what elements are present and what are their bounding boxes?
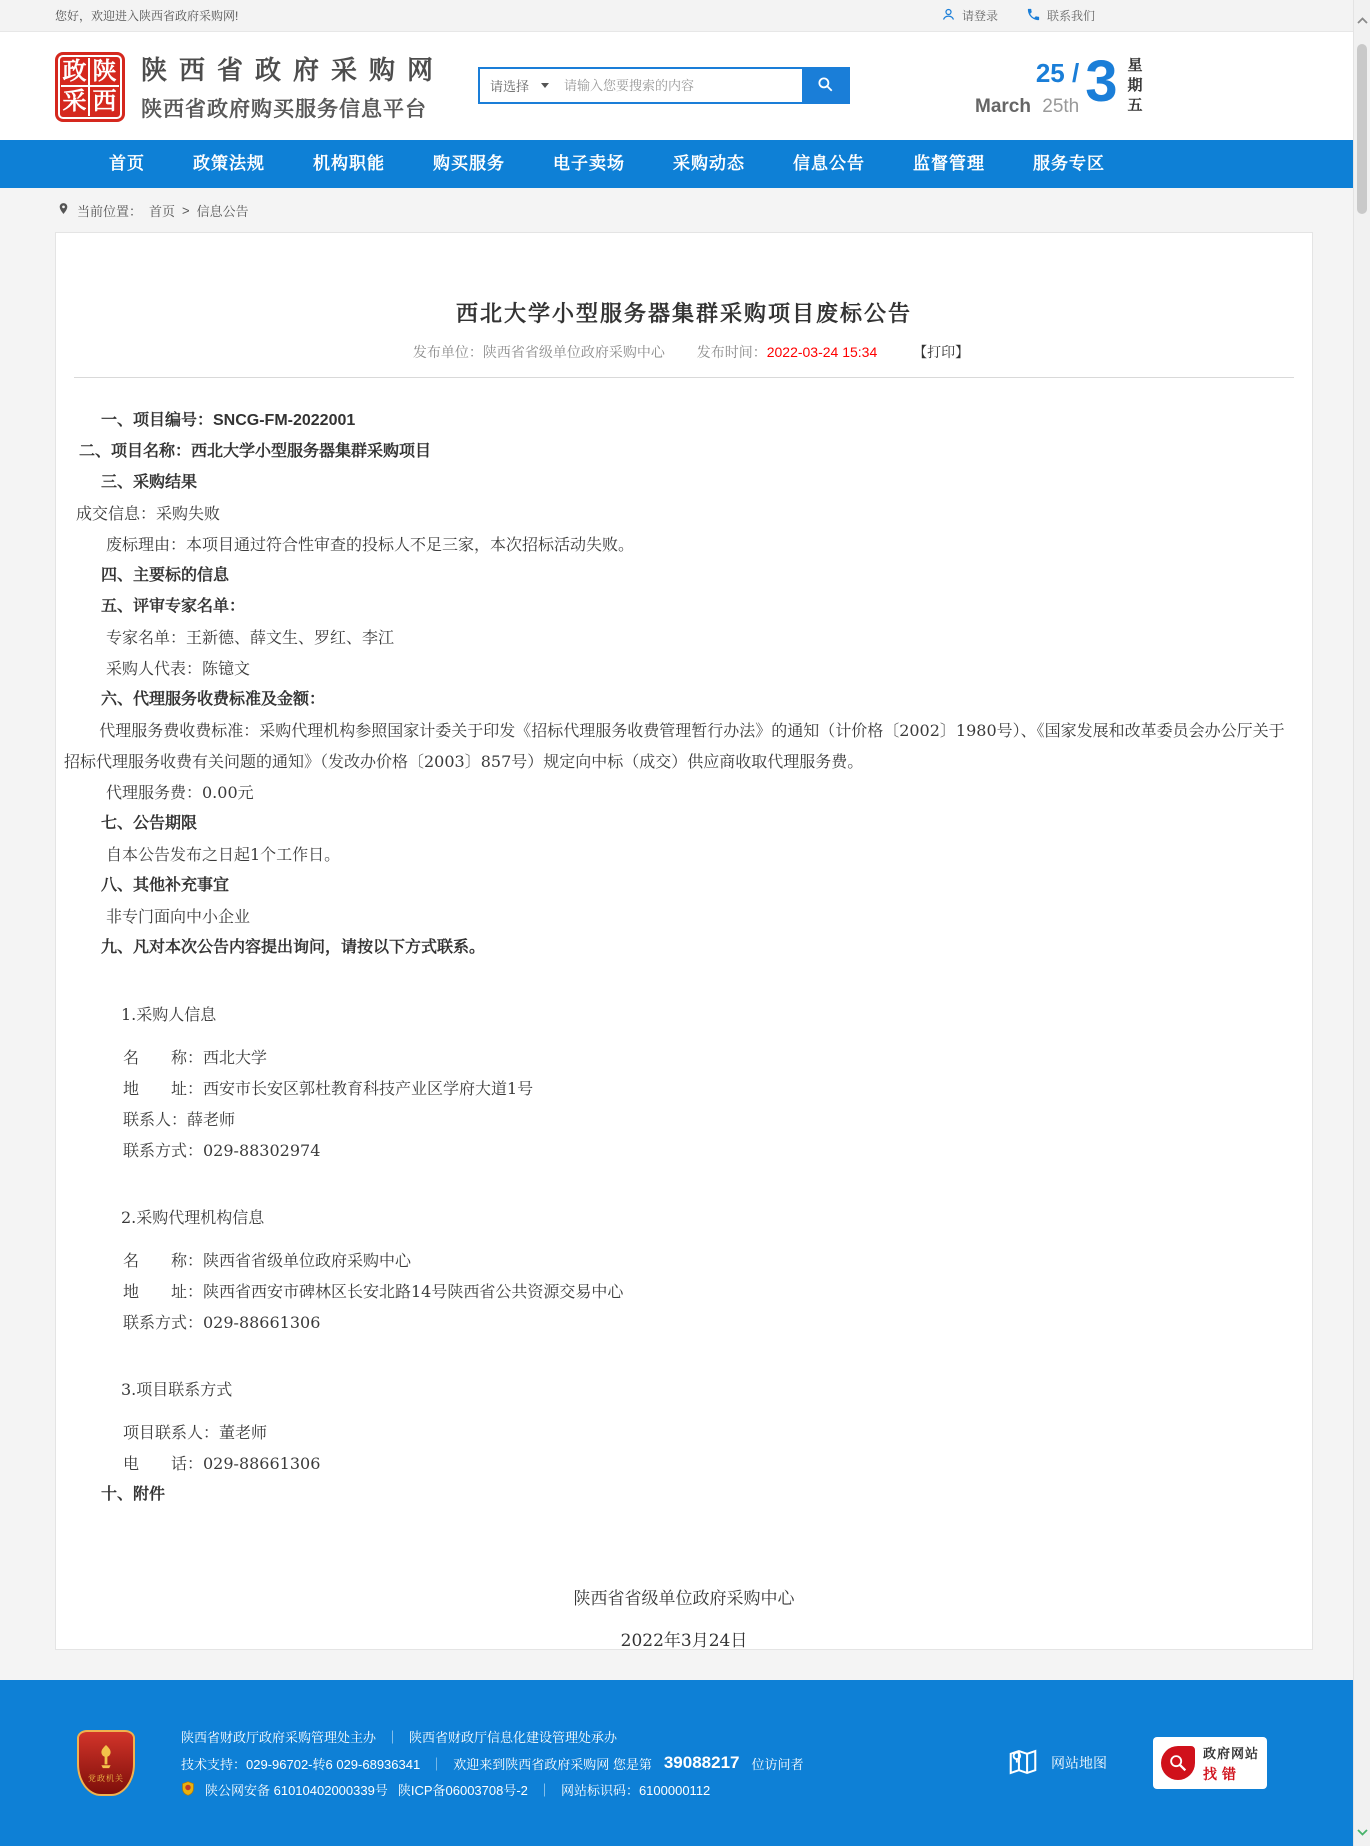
breadcrumb: 当前位置： 首页 > 信息公告	[0, 188, 1353, 232]
date-month-number: 3	[1085, 52, 1117, 112]
article-line: 联系方式：029-88302974	[56, 1135, 1312, 1166]
article-line: 专家名单：王新德、薛文生、罗红、李江	[56, 622, 1312, 653]
login-link[interactable]: 请登录	[941, 7, 998, 25]
article-line: 十、附件	[56, 1479, 1312, 1510]
search-icon	[816, 75, 834, 96]
nav-item-purchase-services[interactable]: 购买服务	[409, 140, 529, 188]
sitemap-label: 网站地图	[1051, 1753, 1107, 1773]
visitor-count: 39088217	[664, 1753, 740, 1773]
article-line: 成交信息：采购失败	[56, 498, 1312, 529]
breadcrumb-separator: >	[182, 203, 190, 218]
article-line: 六、代理服务收费标准及金额：	[56, 684, 1312, 715]
footer-host2: 陕西省财政厅信息化建设管理处承办	[409, 1727, 617, 1746]
article-line: 项目联系人：董老师	[56, 1417, 1312, 1448]
announcement-card: 西北大学小型服务器集群采购项目废标公告 发布单位：陕西省省级单位政府采购中心 发…	[55, 232, 1313, 1650]
main-nav: 首页 政策法规 机构职能 购买服务 电子卖场 采购动态 信息公告 监督管理 服务…	[0, 140, 1353, 188]
nav-item-supervision[interactable]: 监督管理	[889, 140, 1009, 188]
article-line: 非专门面向中小企业	[56, 901, 1312, 932]
article-line: 自本公告发布之日起1个工作日。	[56, 839, 1312, 870]
contact-link[interactable]: 联系我们	[1026, 7, 1095, 25]
emblem-label: 党政机关	[88, 1773, 124, 1784]
logo-seal-char: 政	[61, 58, 90, 87]
find-error-bottom-label: 找错	[1203, 1764, 1259, 1784]
article-line: 2.采购代理机构信息	[56, 1202, 1312, 1233]
search-select-label: 请选择	[490, 76, 529, 95]
breadcrumb-label: 当前位置：	[77, 201, 142, 220]
search-input[interactable]	[560, 69, 802, 102]
breadcrumb-home-link[interactable]: 首页	[149, 201, 175, 220]
article-line: 八、其他补充事宜	[56, 870, 1312, 901]
search-box: 请选择	[478, 67, 850, 104]
article-line: 代理服务费：0.00元	[56, 777, 1312, 808]
article-line: 地 址：西安市长安区郭杜教育科技产业区学府大道1号	[56, 1073, 1312, 1104]
phone-icon	[1026, 7, 1041, 25]
icp-record-link[interactable]: 陕ICP备06003708号-2	[398, 1780, 528, 1799]
article-line: 二、项目名称：西北大学小型服务器集群采购项目	[56, 436, 1312, 467]
search-category-select[interactable]: 请选择	[480, 69, 560, 102]
nav-item-functions[interactable]: 机构职能	[289, 140, 409, 188]
footer-separator: ｜	[430, 1754, 443, 1773]
article-line: 联系人：薛老师	[56, 1104, 1312, 1135]
footer-welcome-prefix: 欢迎来到陕西省政府采购网 您是第	[453, 1754, 652, 1773]
signature-date: 2022年3月24日	[56, 1626, 1312, 1650]
publisher-value: 陕西省省级单位政府采购中心	[483, 344, 665, 360]
article-line: 五、评审专家名单：	[56, 591, 1312, 622]
breadcrumb-current[interactable]: 信息公告	[197, 201, 249, 220]
article-line: 一、项目编号：SNCG-FM-2022001	[56, 405, 1312, 436]
main-area: 当前位置： 首页 > 信息公告 西北大学小型服务器集群采购项目废标公告 发布单位…	[0, 188, 1353, 1680]
chevron-down-icon[interactable]	[1356, 1824, 1369, 1842]
article-line: 九、凡对本次公告内容提出询问，请按以下方式联系。	[56, 932, 1312, 963]
article-line: 联系方式：029-88661306	[56, 1307, 1312, 1338]
chevron-down-icon	[541, 83, 549, 88]
article-line: 采购人代表：陈镱文	[56, 653, 1312, 684]
police-record-link[interactable]: 陕公网安备 61010402000339号	[205, 1780, 388, 1799]
party-gov-shield-icon: 党政机关	[77, 1730, 135, 1796]
nav-item-home[interactable]: 首页	[85, 140, 169, 188]
nav-item-e-mall[interactable]: 电子卖场	[529, 140, 649, 188]
nav-item-procurement-news[interactable]: 采购动态	[649, 140, 769, 188]
date-day: 25	[1036, 58, 1065, 88]
date-day-ordinal: 25th	[1042, 96, 1079, 117]
sitemap-link[interactable]: 网站地图	[1006, 1747, 1107, 1780]
article-line: 废标理由：本项目通过符合性审查的投标人不足三家，本次招标活动失败。	[56, 529, 1312, 560]
magnifier-icon	[1161, 1746, 1195, 1780]
article-line: 三、采购结果	[56, 467, 1312, 498]
nav-item-service-zone[interactable]: 服务专区	[1009, 140, 1129, 188]
site-code: 网站标识码：6100000112	[561, 1780, 710, 1799]
site-subtitle: 陕西省政府购买服务信息平台	[141, 93, 445, 123]
footer-support-line: 技术支持：029-96702-转6 029-68936341 ｜ 欢迎来到陕西省…	[181, 1753, 804, 1773]
person-icon	[941, 7, 956, 25]
article-line: 名 称：西北大学	[56, 1042, 1312, 1073]
chevron-up-icon[interactable]	[1356, 12, 1369, 30]
footer-host1: 陕西省财政厅政府采购管理处主办	[181, 1727, 376, 1746]
login-label: 请登录	[962, 7, 998, 24]
footer: 党政机关 陕西省财政厅政府采购管理处主办 ｜ 陕西省财政厅信息化建设管理处承办 …	[0, 1680, 1353, 1846]
date-widget: 25 / March 25th 3 星期五	[975, 52, 1145, 118]
footer-welcome-suffix: 位访问者	[751, 1754, 803, 1773]
logo-seal-char: 西	[90, 87, 119, 116]
scrollbar[interactable]	[1353, 0, 1370, 1846]
footer-separator: ｜	[386, 1727, 399, 1746]
map-icon	[1006, 1747, 1040, 1780]
article-line: 地 址：陕西省西安市碑林区长安北路14号陕西省公共资源交易中心	[56, 1276, 1312, 1307]
signature: 陕西省省级单位政府采购中心	[56, 1584, 1312, 1609]
footer-separator: ｜	[538, 1780, 551, 1799]
divider	[74, 377, 1294, 378]
page-title: 西北大学小型服务器集群采购项目废标公告	[56, 297, 1312, 328]
article-meta: 发布单位：陕西省省级单位政府采购中心 发布时间：2022-03-24 15:34…	[56, 342, 1312, 362]
print-button[interactable]: 【打印】	[913, 344, 969, 360]
welcome-text: 您好，欢迎进入陕西省政府采购网!	[55, 7, 238, 24]
nav-item-announcements[interactable]: 信息公告	[769, 140, 889, 188]
location-pin-icon	[57, 201, 70, 219]
article-line: 电 话：029-88661306	[56, 1448, 1312, 1479]
police-badge-icon	[181, 1781, 195, 1799]
article-line: 代理服务费收费标准：采购代理机构参照国家计委关于印发《招标代理服务收费管理暂行办…	[56, 715, 1312, 777]
publisher-label: 发布单位：	[413, 344, 483, 360]
site-name: 陕西省政府采购网	[141, 50, 445, 87]
logo-seal-icon: 政 陕 采 西	[55, 52, 125, 122]
article-line: 七、公告期限	[56, 808, 1312, 839]
article-body: 一、项目编号：SNCG-FM-2022001 二、项目名称：西北大学小型服务器集…	[56, 405, 1312, 1510]
publish-time-value: 2022-03-24 15:34	[767, 344, 878, 360]
find-error-badge[interactable]: 政府网站 找错	[1153, 1737, 1267, 1789]
site-logo[interactable]: 政 陕 采 西 陕西省政府采购网 陕西省政府购买服务信息平台	[55, 50, 445, 123]
page: 您好，欢迎进入陕西省政府采购网! 请登录 联系我们 政 陕 采	[0, 0, 1353, 1846]
article-line: 3.项目联系方式	[56, 1374, 1312, 1405]
site-header: 政 陕 采 西 陕西省政府采购网 陕西省政府购买服务信息平台 请选择	[0, 32, 1353, 140]
date-weekday: 星期五	[1128, 56, 1145, 116]
date-separator: /	[1072, 58, 1079, 88]
date-month-name: March	[975, 96, 1031, 117]
contact-label: 联系我们	[1047, 7, 1095, 24]
article-line: 四、主要标的信息	[56, 560, 1312, 591]
footer-tech-support: 技术支持：029-96702-转6 029-68936341	[181, 1754, 420, 1773]
logo-seal-char: 采	[61, 87, 90, 116]
publish-time-label: 发布时间：	[697, 344, 767, 360]
article-line: 名 称：陕西省省级单位政府采购中心	[56, 1245, 1312, 1276]
article-line: 1.采购人信息	[56, 999, 1312, 1030]
scrollbar-thumb[interactable]	[1357, 44, 1367, 214]
footer-record-line: 陕公网安备 61010402000339号 陕ICP备06003708号-2 ｜…	[181, 1780, 804, 1799]
topbar: 您好，欢迎进入陕西省政府采购网! 请登录 联系我们	[0, 0, 1353, 32]
find-error-top-label: 政府网站	[1203, 1743, 1259, 1762]
footer-host-line: 陕西省财政厅政府采购管理处主办 ｜ 陕西省财政厅信息化建设管理处承办	[181, 1727, 804, 1746]
nav-item-policies[interactable]: 政策法规	[169, 140, 289, 188]
search-button[interactable]	[802, 69, 848, 102]
logo-seal-char: 陕	[90, 58, 119, 87]
